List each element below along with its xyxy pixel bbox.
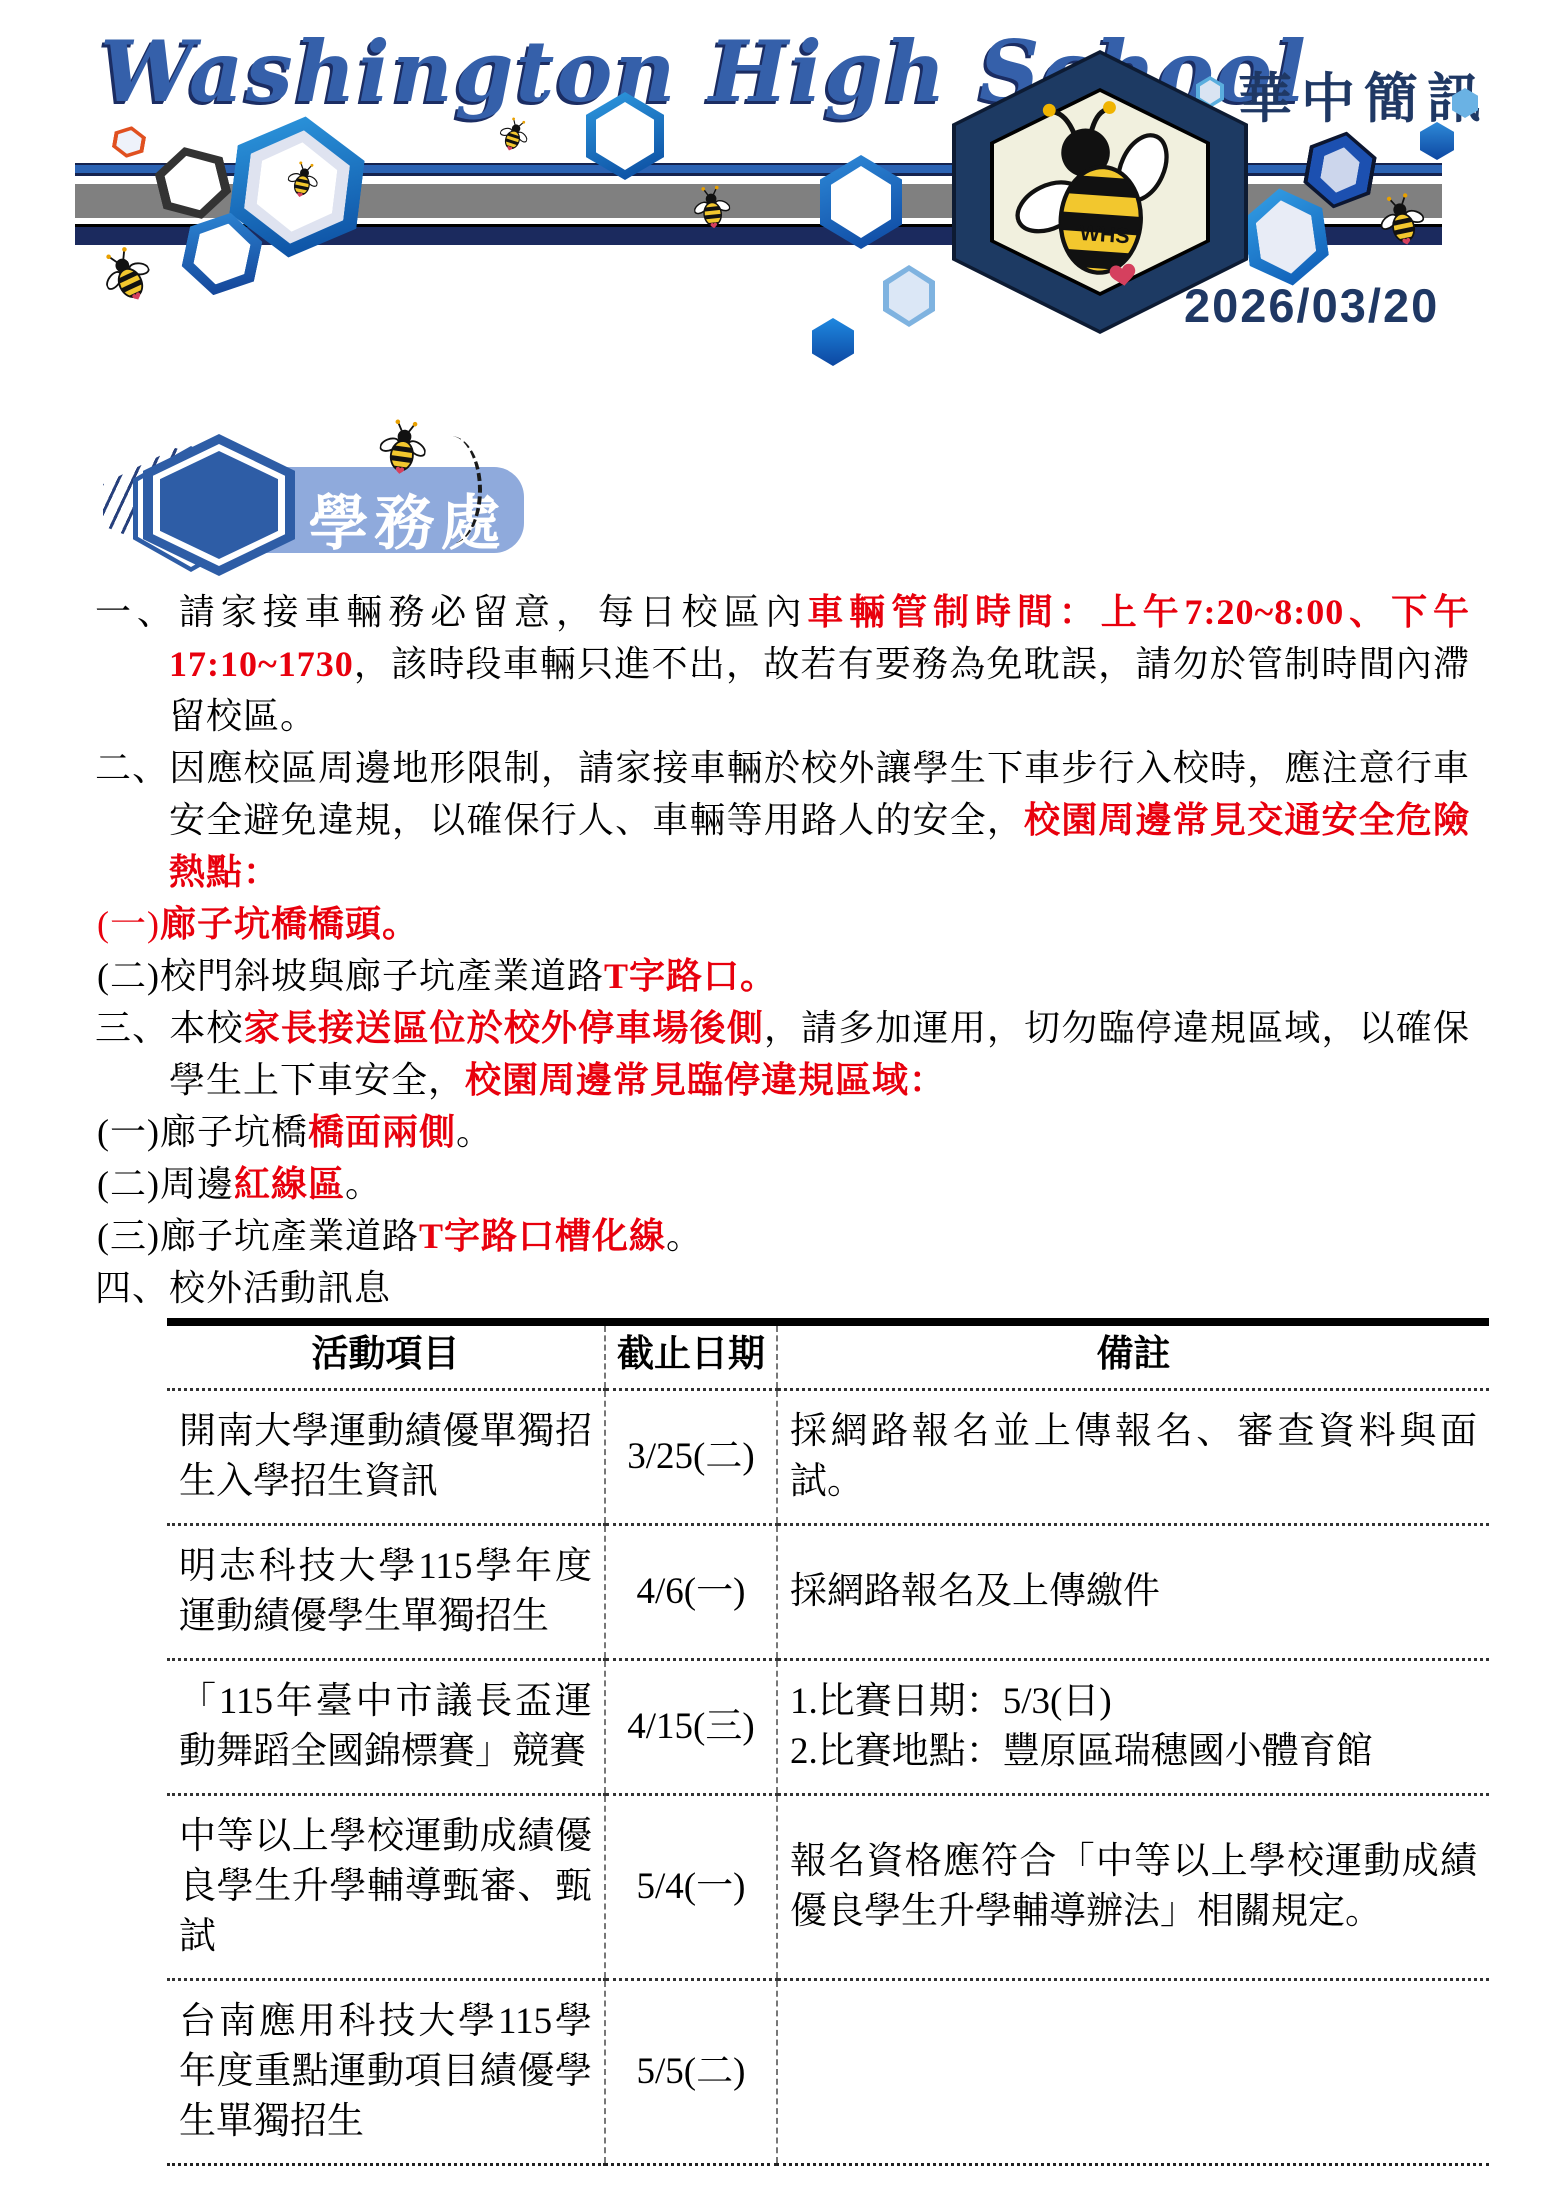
notice-item: (一)廊子坑橋橋頭。 <box>95 898 1470 950</box>
issue-date: 2026/03/20 <box>1184 278 1439 333</box>
hexagon-decoration <box>110 123 147 160</box>
notice-item: (二)校門斜坡與廊子坑產業道路T字路口。 <box>95 950 1470 1002</box>
hexagon-decoration <box>812 318 854 366</box>
bee-icon <box>692 184 732 231</box>
activities-table: 活動項目截止日期備註 開南大學運動績優單獨招生入學招生資訊3/25(二)採網路報… <box>167 1318 1489 2166</box>
activity-cell: 台南應用科技大學115學年度重點運動項目績優學生單獨招生 <box>167 1980 605 2165</box>
deadline-cell: 5/4(一) <box>605 1795 777 1980</box>
note-cell: 報名資格應符合「中等以上學校運動成績優良學生升學輔導辦法」相關規定。 <box>777 1795 1489 1980</box>
activity-cell: 明志科技大學115學年度運動績優學生單獨招生 <box>167 1525 605 1660</box>
column-header: 活動項目 <box>167 1322 605 1390</box>
newsletter-page: Washington High School 華中簡訊 2026/03/20 <box>0 0 1563 2208</box>
svg-text:WHS: WHS <box>1079 221 1131 248</box>
newsletter-title: 華中簡訊 <box>1238 56 1490 133</box>
table-row: 明志科技大學115學年度運動績優學生單獨招生4/6(一)採網路報名及上傳繳件 <box>167 1525 1489 1660</box>
note-cell: 1.比賽日期：5/3(日)2.比賽地點：豐原區瑞穗國小體育館 <box>777 1660 1489 1795</box>
notice-marker: 一、 <box>95 592 179 632</box>
notice-marker: 四、 <box>95 1268 169 1308</box>
deadline-cell: 4/6(一) <box>605 1525 777 1660</box>
notice-list: 一、請家接車輛務必留意，每日校區內車輛管制時間：上午7:20~8:00、下午17… <box>95 586 1470 1314</box>
notice-marker: 三、 <box>95 1008 169 1048</box>
table-row: 台南應用科技大學115學年度重點運動項目績優學生單獨招生5/5(二) <box>167 1980 1489 2165</box>
note-cell: 採網路報名並上傳報名、審查資料與面試。 <box>777 1390 1489 1525</box>
notice-item: 四、校外活動訊息 <box>95 1262 1470 1314</box>
table-row: 「115年臺中市議長盃運動舞蹈全國錦標賽」競賽4/15(三)1.比賽日期：5/3… <box>167 1660 1489 1795</box>
column-header: 備註 <box>777 1322 1489 1390</box>
deadline-cell: 5/5(二) <box>605 1980 777 2165</box>
column-header: 截止日期 <box>605 1322 777 1390</box>
notice-item: 二、因應校區周邊地形限制，請家接車輛於校外讓學生下車步行入校時，應注意行車安全避… <box>95 742 1470 898</box>
bee-icon <box>95 241 160 310</box>
activity-cell: 中等以上學校運動成績優良學生升學輔導甄審、甄試 <box>167 1795 605 1980</box>
table-row: 開南大學運動績優單獨招生入學招生資訊3/25(二)採網路報名並上傳報名、審查資料… <box>167 1390 1489 1525</box>
deadline-cell: 4/15(三) <box>605 1660 777 1795</box>
notice-item: 三、本校家長接送區位於校外停車場後側，請多加運用，切勿臨停違規區域，以確保學生上… <box>95 1002 1470 1106</box>
table-row: 中等以上學校運動成績優良學生升學輔導甄審、甄試5/4(一)報名資格應符合「中等以… <box>167 1795 1489 1980</box>
note-cell <box>777 1980 1489 2165</box>
notice-item: (一)廊子坑橋橋面兩側。 <box>95 1106 1470 1158</box>
bee-logo-icon: WHS <box>997 82 1203 305</box>
activity-cell: 開南大學運動績優單獨招生入學招生資訊 <box>167 1390 605 1525</box>
deadline-cell: 3/25(二) <box>605 1390 777 1525</box>
section-title: 學務處 <box>290 476 525 562</box>
activities-table-head-row: 活動項目截止日期備註 <box>167 1322 1489 1390</box>
note-cell: 採網路報名及上傳繳件 <box>777 1525 1489 1660</box>
activities-table-body: 開南大學運動績優單獨招生入學招生資訊3/25(二)採網路報名並上傳報名、審查資料… <box>167 1390 1489 2165</box>
notice-item: (三)廊子坑產業道路T字路口槽化線。 <box>95 1210 1470 1262</box>
notice-item: 一、請家接車輛務必留意，每日校區內車輛管制時間：上午7:20~8:00、下午17… <box>95 586 1470 742</box>
notice-marker: 二、 <box>95 748 169 788</box>
activity-cell: 「115年臺中市議長盃運動舞蹈全國錦標賽」競賽 <box>167 1660 605 1795</box>
bee-icon <box>376 417 429 478</box>
section-badge: 學務處 <box>85 430 505 590</box>
hexagon-decoration <box>883 265 935 327</box>
notice-item: (二)周邊紅線區。 <box>95 1158 1470 1210</box>
